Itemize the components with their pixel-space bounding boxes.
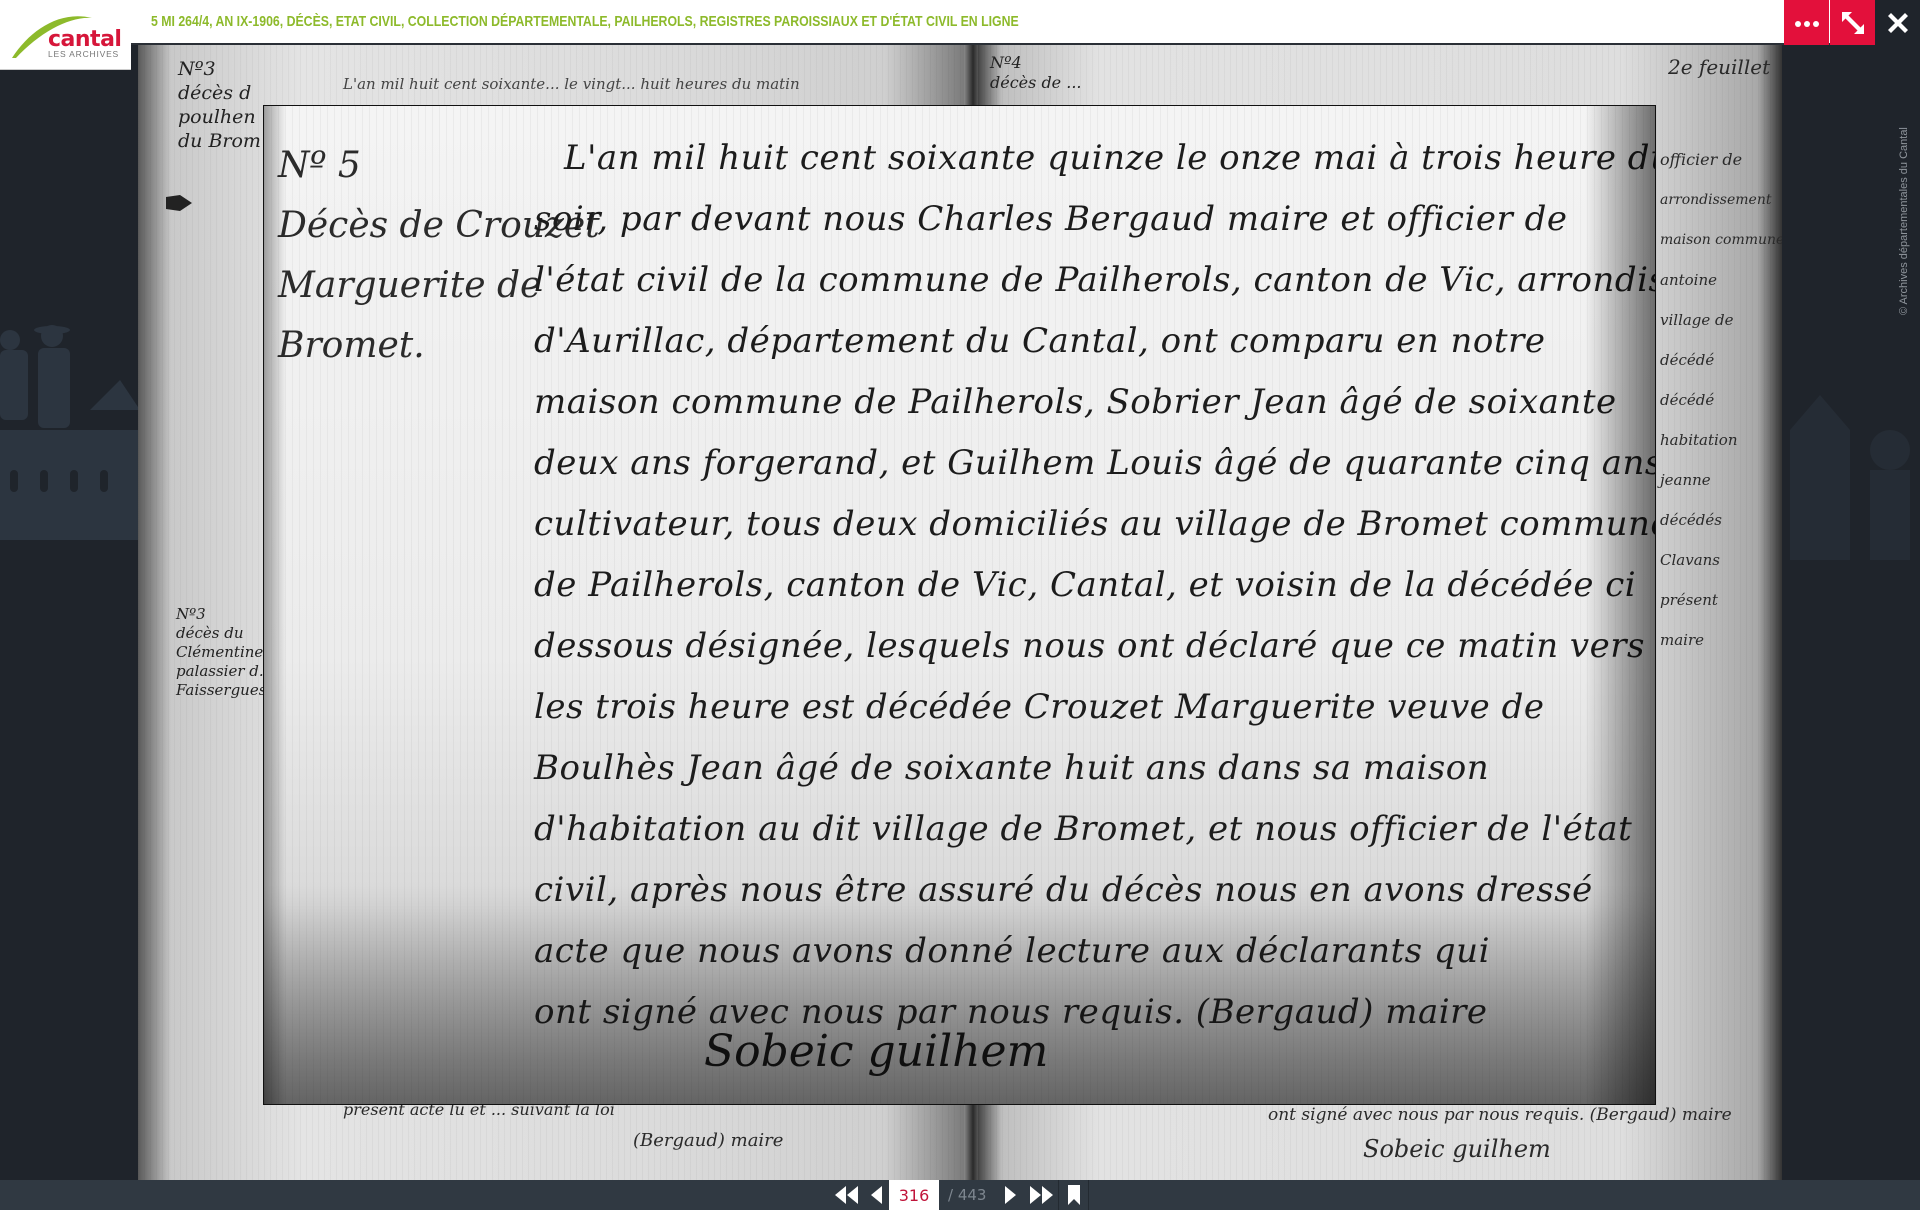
right-page-bottom-line-1: ont signé avec nous par nous requis. (Be… (1268, 1105, 1732, 1125)
magnified-line: d'Aurillac, département du Cantal, ont c… (534, 311, 1634, 372)
close-icon (1887, 12, 1909, 34)
left-margin-note-bottom: Nº3 décès du Clémentine palassier d. Fai… (176, 605, 266, 700)
logo-subtitle: LES ARCHIVES (48, 49, 119, 59)
previous-page-button[interactable] (864, 1180, 888, 1210)
bookmark-button[interactable] (1060, 1180, 1088, 1210)
magnified-line: cultivateur, tous deux domiciliés au vil… (534, 494, 1634, 555)
magnified-line: de Pailherols, canton de Vic, Cantal, et… (534, 555, 1634, 616)
copyright-notice: © Archives départementales du Cantal (1898, 127, 1910, 315)
bookmark-icon (1068, 1185, 1080, 1205)
ellipsis-icon (1793, 14, 1820, 32)
magnified-line: maison commune de Pailherols, Sobrier Je… (534, 372, 1634, 433)
magnified-line: d'habitation au dit village de Bromet, e… (534, 799, 1634, 860)
chevron-left-icon (870, 1186, 882, 1204)
background-illustration-icon (1780, 300, 1920, 560)
pager-divider (1088, 1180, 1089, 1210)
last-page-button[interactable] (1026, 1180, 1058, 1210)
next-page-button[interactable] (998, 1180, 1024, 1210)
magnified-line: Boulhès Jean âgé de soixante huit ans da… (534, 738, 1634, 799)
pager-divider (1058, 1180, 1059, 1210)
double-chevron-right-icon (1030, 1186, 1054, 1204)
app-root: 5 MI 264/4, AN IX-1906, DÉCÈS, ETAT CIVI… (0, 0, 1920, 1210)
magnified-line: les trois heure est décédée Crouzet Marg… (534, 677, 1634, 738)
chevron-right-icon (1005, 1186, 1017, 1204)
double-chevron-left-icon (834, 1186, 858, 1204)
magnified-line: l'état civil de la commune de Pailherols… (534, 250, 1634, 311)
page-number-input[interactable] (889, 1180, 939, 1210)
cantal-archives-logo[interactable]: cantal LES ARCHIVES (0, 0, 131, 70)
more-options-button[interactable] (1784, 0, 1829, 45)
close-button[interactable] (1875, 0, 1920, 45)
background-illustration-icon (0, 320, 140, 540)
left-page-bottom-line-2: (Bergaud) maire (633, 1130, 783, 1151)
magnified-line: dessous désignée, lesquels nous ont décl… (534, 616, 1634, 677)
first-page-button[interactable] (828, 1180, 864, 1210)
header-bar: 5 MI 264/4, AN IX-1906, DÉCÈS, ETAT CIVI… (0, 0, 1920, 45)
right-page-margin-column: officier de arrondissement maison commun… (1660, 140, 1780, 660)
magnified-line: deux ans forgerand, et Guilhem Louis âgé… (534, 433, 1634, 494)
magnified-line: soir, par devant nous Charles Bergaud ma… (534, 189, 1634, 250)
pagination-bar: / 443 (0, 1180, 1920, 1210)
page-tab-marker-icon (166, 195, 192, 213)
magnified-line: L'an mil huit cent soixante quinze le on… (534, 128, 1634, 189)
right-page-header-note: 2e feuillet (1668, 55, 1770, 79)
toggle-fullscreen-button[interactable] (1830, 0, 1875, 45)
document-title: 5 MI 264/4, AN IX-1906, DÉCÈS, ETAT CIVI… (151, 13, 1019, 30)
right-page-signatures: Sobeic guilhem (1363, 1135, 1551, 1163)
resize-arrows-icon (1840, 10, 1866, 36)
right-page-margin-note: Nº4 décès de ... (990, 53, 1082, 93)
left-margin-note-top: Nº3 décès d poulhen du Brom (178, 57, 261, 153)
magnifier-lens[interactable]: Nº 5 Décès de Crouzet Marguerite de Brom… (264, 106, 1655, 1104)
page-total: / 443 (948, 1186, 986, 1204)
document-viewer[interactable]: Nº3 décès d poulhen du Brom Nº3 décès du… (138, 45, 1782, 1180)
left-page-top-line: L'an mil huit cent soixante... le vingt.… (343, 75, 800, 93)
